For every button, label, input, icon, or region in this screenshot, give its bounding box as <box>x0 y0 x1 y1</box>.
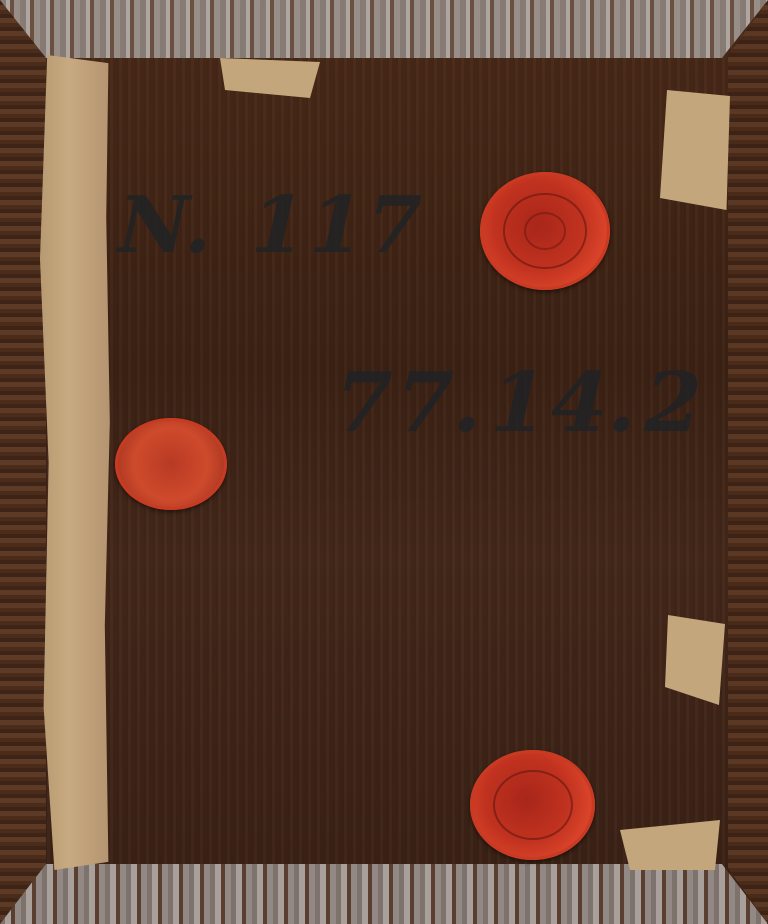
wax-seal-bottom <box>470 750 595 860</box>
wax-seal-upper-right <box>480 172 610 290</box>
top-bevel <box>0 0 768 58</box>
paper-patch <box>620 820 720 870</box>
bottom-bevel <box>0 864 768 924</box>
inscription-upper-left: N. 117 <box>108 180 435 271</box>
paper-tape-left <box>40 55 112 870</box>
paper-patch <box>660 90 730 210</box>
left-bevel <box>0 0 46 924</box>
inscription-center: 77.14.2 <box>325 355 716 451</box>
seal-ring <box>493 770 573 840</box>
paper-patch <box>220 58 320 98</box>
right-bevel <box>728 0 768 924</box>
paper-patch <box>665 615 725 705</box>
wax-seal-left <box>115 418 227 510</box>
wooden-panel: N. 117 77.14.2 <box>0 0 768 924</box>
seal-monogram <box>524 212 566 250</box>
